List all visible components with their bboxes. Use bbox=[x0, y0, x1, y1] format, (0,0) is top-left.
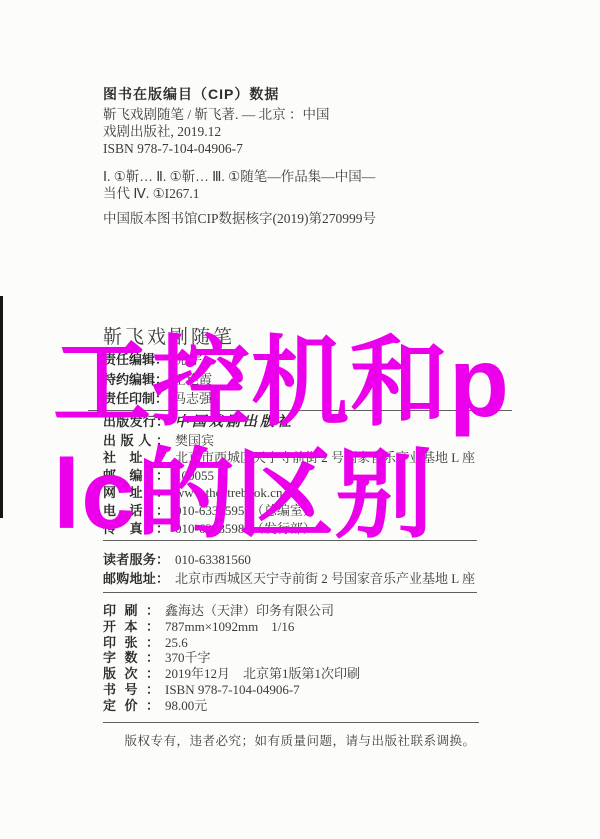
cip-class-line: Ⅰ. ①靳… Ⅱ. ①靳… Ⅲ. ①随笔—作品集—中国— bbox=[103, 168, 443, 185]
field-label: 字数： bbox=[103, 650, 159, 666]
field-value: 鑫海达（天津）印务有限公司 bbox=[165, 603, 334, 619]
printing-row: 开本： 787mm×1092mm 1/16 bbox=[103, 619, 360, 635]
divider bbox=[103, 722, 479, 723]
field-value: ISBN 978-7-104-04906-7 bbox=[165, 682, 300, 698]
watermark-overlay-text: 工控机和p lc的区别 bbox=[53, 326, 539, 550]
printing-row: 定价： 98.00元 bbox=[103, 698, 360, 714]
cip-gap bbox=[103, 157, 443, 168]
cip-entry-line: 戏剧出版社, 2019.12 bbox=[103, 123, 443, 140]
scan-edge-artifact bbox=[0, 296, 3, 518]
field-value: 25.6 bbox=[165, 635, 188, 651]
printing-row: 字数： 370千字 bbox=[103, 650, 360, 666]
printing-row: 版次： 2019年12月 北京第1版第1次印刷 bbox=[103, 666, 360, 682]
field-label: 开本： bbox=[103, 619, 159, 635]
cip-body: 靳飞戏剧随笔 / 靳飞著. — 北京 ：中国 戏剧出版社, 2019.12 IS… bbox=[103, 106, 443, 202]
cip-class-line: 当代 Ⅳ. ①I267.1 bbox=[103, 185, 443, 202]
field-label: 邮购地址： bbox=[103, 570, 169, 589]
field-value: 010-63381560 bbox=[175, 551, 251, 570]
cip-heading: 图书在版编目（CIP）数据 bbox=[103, 84, 279, 104]
copyright-page: 图书在版编目（CIP）数据 靳飞戏剧随笔 / 靳飞著. — 北京 ：中国 戏剧出… bbox=[0, 0, 600, 839]
field-label: 印张： bbox=[103, 635, 159, 651]
field-label: 印刷： bbox=[103, 603, 159, 619]
field-value: 787mm×1092mm 1/16 bbox=[165, 619, 294, 635]
field-label: 书号： bbox=[103, 682, 159, 698]
cip-record-number: 中国版本图书馆CIP数据核字(2019)第270999号 bbox=[103, 207, 376, 227]
reader-row: 邮购地址： 北京市西城区天宁寺前街 2 号国家音乐产业基地 L 座 bbox=[103, 570, 475, 589]
cip-entry-line: 靳飞戏剧随笔 / 靳飞著. — 北京 ：中国 bbox=[103, 106, 443, 123]
divider bbox=[103, 592, 477, 593]
printing-row: 书号： ISBN 978-7-104-04906-7 bbox=[103, 682, 360, 698]
printing-row: 印刷： 鑫海达（天津）印务有限公司 bbox=[103, 603, 360, 619]
field-label: 定价： bbox=[103, 698, 159, 714]
printing-block: 印刷： 鑫海达（天津）印务有限公司 开本： 787mm×1092mm 1/16 … bbox=[103, 603, 360, 714]
field-label: 读者服务： bbox=[103, 551, 169, 570]
reader-row: 读者服务： 010-63381560 bbox=[103, 551, 475, 570]
cip-entry-line: ISBN 978-7-104-04906-7 bbox=[103, 140, 443, 157]
field-value: 370千字 bbox=[165, 650, 211, 666]
printing-row: 印张： 25.6 bbox=[103, 635, 360, 651]
field-value: 北京市西城区天宁寺前街 2 号国家音乐产业基地 L 座 bbox=[175, 570, 475, 589]
copyright-notice: 版权专有，违者必究；如有质量问题，请与出版社联系调换。 bbox=[0, 731, 600, 749]
field-value: 2019年12月 北京第1版第1次印刷 bbox=[165, 666, 360, 682]
field-value: 98.00元 bbox=[165, 698, 207, 714]
field-label: 版次： bbox=[103, 666, 159, 682]
reader-service-block: 读者服务： 010-63381560 邮购地址： 北京市西城区天宁寺前街 2 号… bbox=[103, 551, 475, 588]
